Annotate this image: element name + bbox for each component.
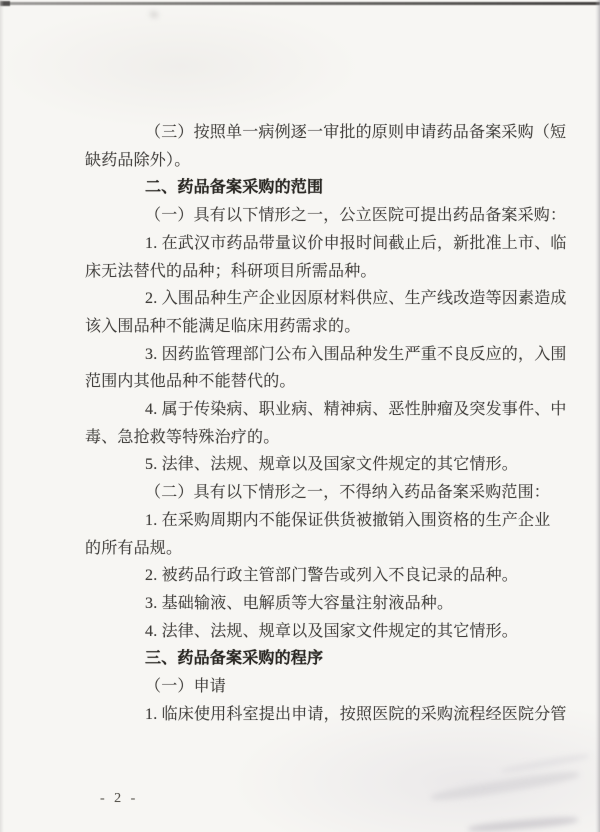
scan-smudge-artifact <box>430 768 580 803</box>
text-line: 缺药品除外）。 <box>85 147 550 175</box>
text-line: 2. 被药品行政主管部门警告或列入不良记录的品种。 <box>85 562 550 590</box>
text-line: 3. 基础输液、电解质等大容量注射液品种。 <box>85 590 550 618</box>
text-line: 1. 临床使用科室提出申请，按照医院的采购流程经医院分管 <box>85 701 550 729</box>
text-line: 毒、急抢救等特殊治疗的。 <box>85 424 550 452</box>
text-line: （二）具有以下情形之一，不得纳入药品备案采购范围： <box>85 479 550 507</box>
scan-smudge-artifact <box>149 11 158 18</box>
section-heading-2: 二、药品备案采购的范围 <box>85 174 550 202</box>
text-line: 1. 在武汉市药品带量议价申报时间截止后，新批准上市、临 <box>85 230 550 258</box>
text-line: 1. 在采购周期内不能保证供货被撤销入围资格的生产企业 <box>85 507 550 535</box>
page-number: - 2 - <box>100 791 138 807</box>
text-line: 3. 因药监管理部门公布入围品种发生严重不良反应的，入围 <box>85 341 550 369</box>
text-line: （三）按照单一病例逐一审批的原则申请药品备案采购（短 <box>85 119 550 147</box>
text-line: 5. 法律、法规、规章以及国家文件规定的其它情形。 <box>85 451 550 479</box>
text-line: 4. 属于传染病、职业病、精神病、恶性肿瘤及突发事件、中 <box>85 396 550 424</box>
text-line: （一）申请 <box>85 673 550 701</box>
scanned-document-page: （三）按照单一病例逐一审批的原则申请药品备案采购（短 缺药品除外）。 二、药品备… <box>0 0 600 832</box>
text-line: 2. 入围品种生产企业因原材料供应、生产线改造等因素造成 <box>85 285 550 313</box>
text-line: （一）具有以下情形之一，公立医院可提出药品备案采购： <box>85 202 550 230</box>
document-body: （三）按照单一病例逐一审批的原则申请药品备案采购（短 缺药品除外）。 二、药品备… <box>85 119 550 728</box>
text-line: 4. 法律、法规、规章以及国家文件规定的其它情形。 <box>85 618 550 646</box>
text-line: 的所有品规。 <box>85 535 550 563</box>
text-line: 范围内其他品种不能替代的。 <box>85 368 550 396</box>
section-heading-3: 三、药品备案采购的程序 <box>85 645 550 673</box>
scan-edge-artifact-left <box>0 0 4 832</box>
scan-edge-artifact-right <box>595 0 600 832</box>
text-line: 该入围品种不能满足临床用药需求的。 <box>85 313 550 341</box>
scan-edge-artifact-top <box>0 2 600 5</box>
text-line: 床无法替代的品种；科研项目所需品种。 <box>85 258 550 286</box>
scan-smudge-artifact <box>468 815 578 832</box>
